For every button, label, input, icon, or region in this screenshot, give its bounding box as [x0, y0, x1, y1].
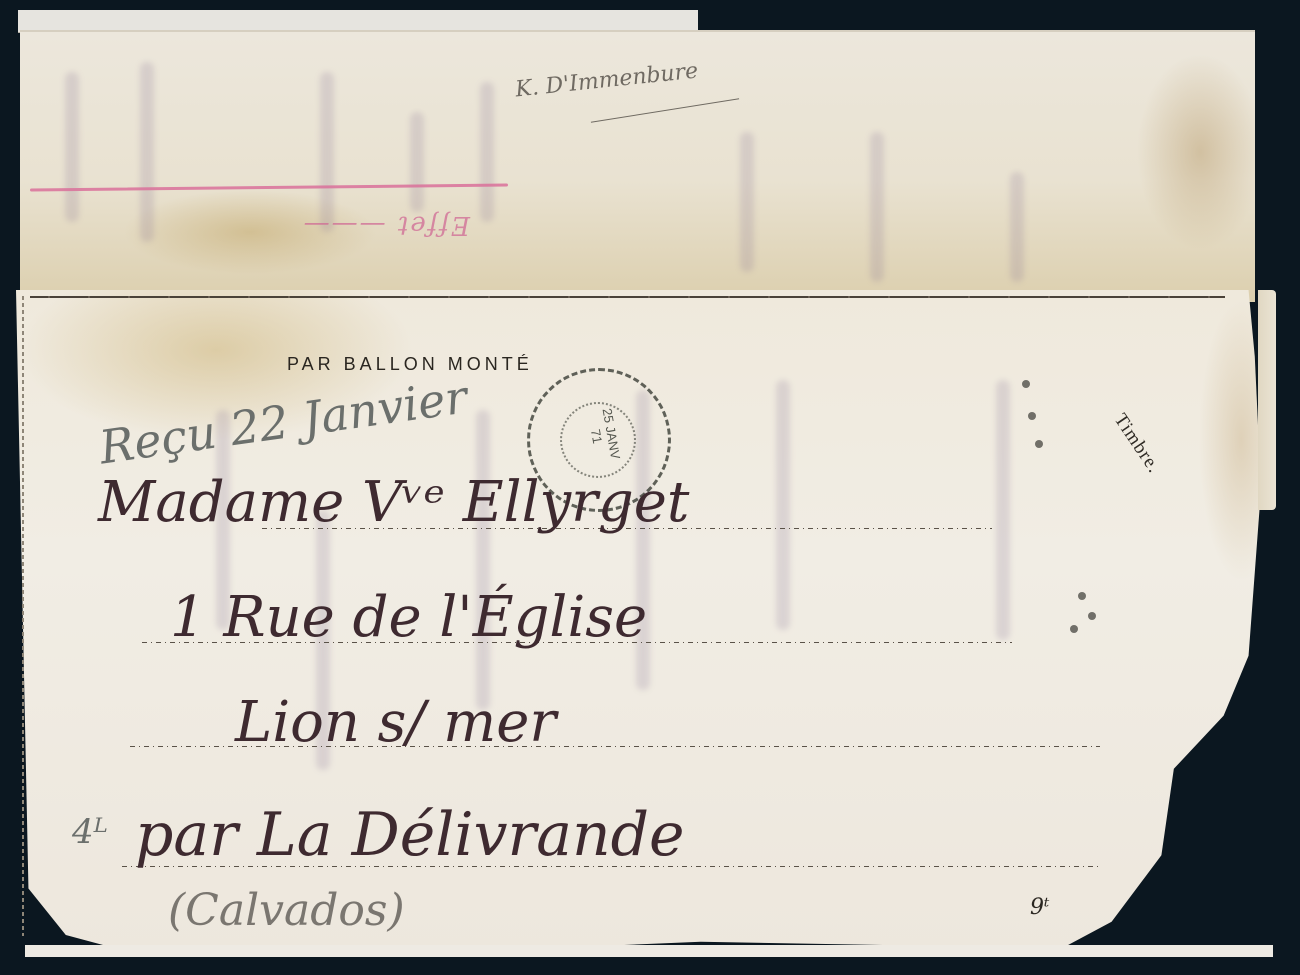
- pink-crayon-mark: Effet ———: [30, 210, 470, 240]
- address-department: (Calvados): [168, 885, 405, 936]
- cancel-dot: [1035, 440, 1043, 448]
- address-recipient: Madame Vᵛᵉ Ellyrget: [98, 470, 689, 535]
- envelope-left-edge: [22, 296, 24, 936]
- ink-bleed: [476, 410, 490, 710]
- ink-bleed: [776, 380, 790, 630]
- cancel-dot: [1078, 592, 1086, 600]
- cancel-dot: [1070, 625, 1078, 633]
- inner-sheet-bottom-edge: [25, 945, 1273, 957]
- cancel-dot: [1088, 612, 1096, 620]
- envelope-right-fold: [1258, 290, 1276, 510]
- address-via: par La Délivrande: [135, 800, 685, 870]
- ink-bleed: [1010, 172, 1024, 282]
- address-town: Lion s/ mer: [235, 690, 556, 755]
- ink-bleed: [480, 82, 494, 222]
- ink-bleed: [740, 132, 754, 272]
- left-margin-note: 4ᴸ: [72, 812, 108, 852]
- address-street: 1 Rue de l'Église: [170, 585, 647, 650]
- ink-bleed: [410, 112, 424, 212]
- ink-bleed: [320, 72, 334, 232]
- cancel-dot: [1028, 412, 1036, 420]
- bottom-right-note: 9ᵗ: [1030, 895, 1049, 920]
- printed-fold-line: [30, 296, 1225, 298]
- ink-bleed: [870, 132, 884, 282]
- cancel-dot: [1022, 380, 1030, 388]
- ink-bleed: [65, 72, 79, 222]
- ink-bleed: [996, 380, 1010, 640]
- printed-header: PAR BALLON MONTÉ: [287, 354, 533, 375]
